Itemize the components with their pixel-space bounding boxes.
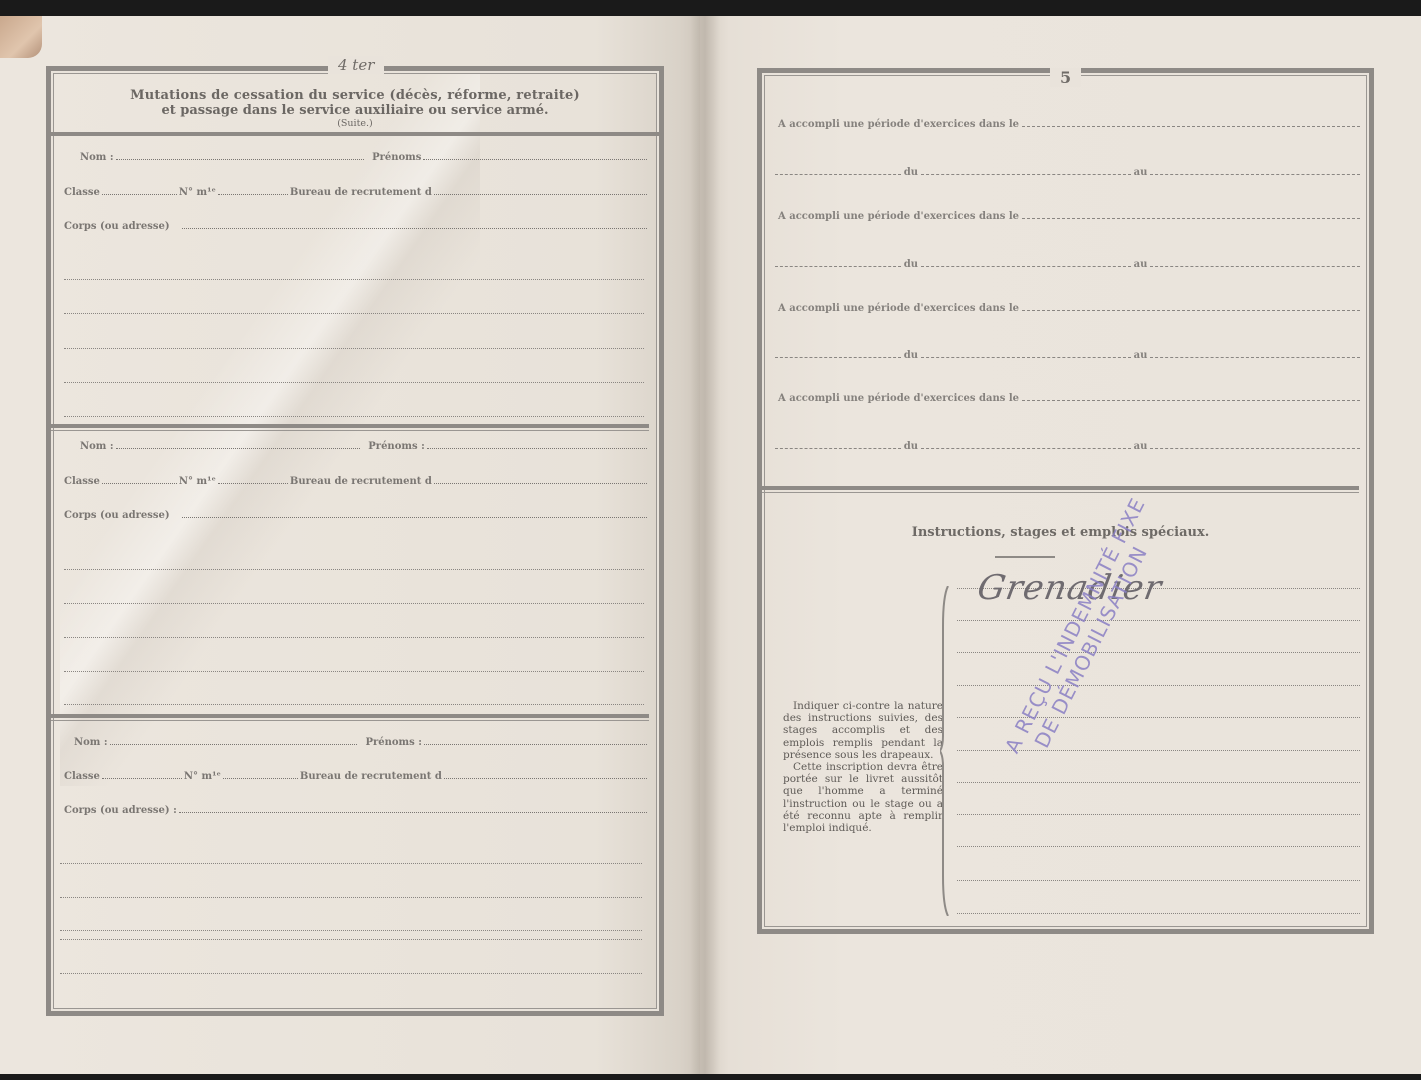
section-divider xyxy=(762,486,1359,493)
note-paragraph-1: Indiquer ci-contre la nature des instruc… xyxy=(783,700,943,761)
gutter-fold xyxy=(690,16,720,1074)
classe-field[interactable] xyxy=(102,483,177,484)
corps-field[interactable] xyxy=(182,517,647,518)
writing-line[interactable] xyxy=(64,416,644,417)
period-4-unit-row: A accompli une période d'exercices dans … xyxy=(775,388,1360,404)
page-number-right: 5 xyxy=(1050,68,1081,87)
writing-line[interactable] xyxy=(957,685,1360,686)
instructions-note: Indiquer ci-contre la nature des instruc… xyxy=(783,700,943,834)
period-3-unit-row: A accompli une période d'exercices dans … xyxy=(775,298,1360,314)
du-label: du xyxy=(901,441,921,452)
du-label: du xyxy=(901,350,921,361)
writing-line[interactable] xyxy=(957,782,1360,783)
booklet-spread: 4 ter Mutations de cessation du service … xyxy=(0,16,1421,1074)
to-date-field[interactable] xyxy=(1150,174,1360,175)
record-3-corps-row: Corps (ou adresse) : xyxy=(62,800,647,816)
period-1-dates-row: du au xyxy=(775,162,1360,178)
matricule-label: N° m¹ᵉ xyxy=(177,476,218,487)
record-2-corps-row: Corps (ou adresse) xyxy=(62,505,647,521)
nom-field[interactable] xyxy=(110,744,358,745)
writing-line[interactable] xyxy=(957,652,1360,653)
writing-line[interactable] xyxy=(957,846,1360,847)
leading-line xyxy=(775,174,901,175)
bureau-label: Bureau de recrutement d xyxy=(288,187,434,198)
writing-line[interactable] xyxy=(64,637,644,638)
corps-field[interactable] xyxy=(179,812,647,813)
period-label: A accompli une période d'exercices dans … xyxy=(775,303,1022,314)
bureau-label: Bureau de recrutement d xyxy=(298,771,444,782)
leading-line xyxy=(775,266,901,267)
period-label: A accompli une période d'exercices dans … xyxy=(775,211,1022,222)
prenoms-label: Prénoms : xyxy=(360,441,426,452)
period-unit-field[interactable] xyxy=(1022,400,1360,401)
writing-line[interactable] xyxy=(64,603,644,604)
writing-line[interactable] xyxy=(60,973,642,974)
period-4-dates-row: du au xyxy=(775,436,1360,452)
writing-line[interactable] xyxy=(64,313,644,314)
period-1-unit-row: A accompli une période d'exercices dans … xyxy=(775,114,1360,130)
scan-edge xyxy=(0,1074,1421,1080)
period-2-unit-row: A accompli une période d'exercices dans … xyxy=(775,206,1360,222)
leading-line xyxy=(775,448,901,449)
period-2-dates-row: du au xyxy=(775,254,1360,270)
du-label: du xyxy=(901,259,921,270)
prenoms-label: Prénoms : xyxy=(357,737,423,748)
bureau-field[interactable] xyxy=(434,483,647,484)
record-2-name-row: Nom : Prénoms : xyxy=(62,436,647,452)
section-header: Mutations de cessation du service (décès… xyxy=(51,74,659,136)
writing-line[interactable] xyxy=(60,897,642,898)
header-line-2: et passage dans le service auxiliaire ou… xyxy=(51,103,659,118)
corps-label: Corps (ou adresse) xyxy=(62,221,172,232)
nom-field[interactable] xyxy=(116,159,364,160)
nom-label: Nom : xyxy=(62,737,110,748)
writing-line[interactable] xyxy=(64,279,644,280)
header-line-3: (Suite.) xyxy=(51,118,659,130)
record-1-name-row: Nom : Prénoms xyxy=(62,147,647,163)
writing-line[interactable] xyxy=(64,569,644,570)
prenoms-field[interactable] xyxy=(427,448,647,449)
period-3-dates-row: du au xyxy=(775,345,1360,361)
classe-label: Classe xyxy=(62,771,102,782)
classe-field[interactable] xyxy=(102,778,182,779)
period-unit-field[interactable] xyxy=(1022,310,1360,311)
header-line-1: Mutations de cessation du service (décès… xyxy=(51,88,659,103)
note-paragraph-2: Cette inscription devra être portée sur … xyxy=(783,761,943,834)
matricule-field[interactable] xyxy=(218,194,288,195)
writing-line[interactable] xyxy=(957,814,1360,815)
from-date-field[interactable] xyxy=(921,448,1131,449)
classe-label: Classe xyxy=(62,187,102,198)
du-label: du xyxy=(901,167,921,178)
left-page-frame xyxy=(46,66,664,1016)
writing-line[interactable] xyxy=(64,671,644,672)
record-3-name-row: Nom : Prénoms : xyxy=(62,732,647,748)
prenoms-field[interactable] xyxy=(424,744,647,745)
writing-line[interactable] xyxy=(60,863,642,864)
matricule-label: N° m¹ᵉ xyxy=(182,771,223,782)
corps-label: Corps (ou adresse) xyxy=(62,510,172,521)
curly-brace-icon xyxy=(940,586,950,916)
leading-line xyxy=(775,357,901,358)
period-unit-field[interactable] xyxy=(1022,126,1360,127)
writing-line[interactable] xyxy=(60,939,642,940)
to-date-field[interactable] xyxy=(1150,266,1360,267)
classe-field[interactable] xyxy=(102,194,177,195)
from-date-field[interactable] xyxy=(921,266,1131,267)
instructions-title: Instructions, stages et emplois spéciaux… xyxy=(762,525,1359,540)
writing-line[interactable] xyxy=(957,913,1360,914)
section-divider xyxy=(51,424,649,431)
writing-line[interactable] xyxy=(60,930,642,931)
matricule-field[interactable] xyxy=(218,483,288,484)
period-unit-field[interactable] xyxy=(1022,218,1360,219)
corps-field[interactable] xyxy=(182,228,647,229)
period-label: A accompli une période d'exercices dans … xyxy=(775,393,1022,404)
page-number-left: 4 ter xyxy=(328,56,384,74)
record-3-classe-row: Classe N° m¹ᵉ Bureau de recrutement d xyxy=(62,766,647,782)
folded-corner xyxy=(0,16,42,58)
writing-line[interactable] xyxy=(64,382,644,383)
corps-label: Corps (ou adresse) : xyxy=(62,805,179,816)
classe-label: Classe xyxy=(62,476,102,487)
bureau-label: Bureau de recrutement d xyxy=(288,476,434,487)
section-divider xyxy=(51,714,649,721)
nom-field[interactable] xyxy=(116,448,361,449)
prenoms-field[interactable] xyxy=(423,159,647,160)
au-label: au xyxy=(1131,350,1151,361)
writing-line[interactable] xyxy=(957,880,1360,881)
au-label: au xyxy=(1131,441,1151,452)
from-date-field[interactable] xyxy=(921,357,1131,358)
matricule-field[interactable] xyxy=(223,778,298,779)
writing-line[interactable] xyxy=(64,704,644,705)
au-label: au xyxy=(1131,259,1151,270)
matricule-label: N° m¹ᵉ xyxy=(177,187,218,198)
from-date-field[interactable] xyxy=(921,174,1131,175)
au-label: au xyxy=(1131,167,1151,178)
decorative-rule xyxy=(995,556,1055,558)
bureau-field[interactable] xyxy=(444,778,647,779)
record-1-corps-row: Corps (ou adresse) xyxy=(62,216,647,232)
writing-line[interactable] xyxy=(957,620,1360,621)
period-label: A accompli une période d'exercices dans … xyxy=(775,119,1022,130)
to-date-field[interactable] xyxy=(1150,448,1360,449)
record-1-classe-row: Classe N° m¹ᵉ Bureau de recrutement d xyxy=(62,182,647,198)
bureau-field[interactable] xyxy=(434,194,647,195)
prenoms-label: Prénoms xyxy=(364,152,423,163)
record-2-classe-row: Classe N° m¹ᵉ Bureau de recrutement d xyxy=(62,471,647,487)
writing-line[interactable] xyxy=(64,348,644,349)
nom-label: Nom : xyxy=(62,152,116,163)
to-date-field[interactable] xyxy=(1150,357,1360,358)
nom-label: Nom : xyxy=(62,441,116,452)
